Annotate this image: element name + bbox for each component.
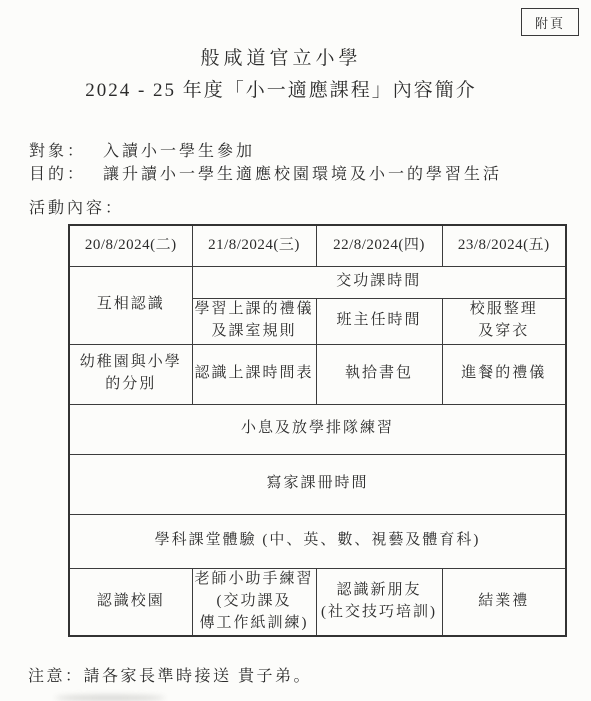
cell-meal-etiquette: 進餐的禮儀 — [442, 344, 566, 404]
cell-subject-experience: 學科課堂體驗 (中、英、數、視藝及體育科) — [69, 514, 566, 568]
table-row: 互相認識 交功課時間 — [69, 266, 566, 298]
table-row: 學科課堂體驗 (中、英、數、視藝及體育科) — [69, 514, 566, 568]
cell-mutual-intro: 互相認識 — [69, 266, 192, 344]
document-header: 般咸道官立小學 2024 - 25 年度「小一適應課程」內容簡介 — [0, 48, 562, 103]
target-value: 入讀小一學生參加 — [103, 143, 255, 160]
cell-handbook-time: 寫家課冊時間 — [69, 454, 566, 514]
scan-artifact — [55, 695, 165, 701]
cell-queue-practice: 小息及放學排隊練習 — [69, 404, 566, 454]
table-row: 寫家課冊時間 — [69, 454, 566, 514]
date-header-wed: 21/8/2024(三) — [192, 225, 316, 266]
school-name: 般咸道官立小學 — [0, 48, 562, 71]
attachment-label-box: 附頁 — [521, 8, 579, 36]
document-page: 附頁 般咸道官立小學 2024 - 25 年度「小一適應課程」內容簡介 對象： … — [0, 0, 591, 701]
note-line: 注意：請各家長準時接送 貴子弟。 — [28, 663, 312, 686]
cell-kindergarten-vs-primary: 幼稚園與小學 的分別 — [69, 344, 192, 404]
purpose-line: 目的： 讓升讀小一學生適應校園環境及小一的學習生活 — [29, 161, 502, 184]
schedule-table: 20/8/2024(二) 21/8/2024(三) 22/8/2024(四) 2… — [68, 224, 567, 637]
table-row: 幼稚園與小學 的分別 認識上課時間表 執拾書包 進餐的禮儀 — [69, 344, 566, 404]
date-header-tue: 20/8/2024(二) — [69, 225, 192, 266]
table-header-row: 20/8/2024(二) 21/8/2024(三) 22/8/2024(四) 2… — [69, 225, 566, 266]
cell-lesson-manners: 學習上課的禮儀 及課室規則 — [192, 298, 316, 344]
target-line: 對象： 入讀小一學生參加 — [29, 138, 255, 161]
cell-timetable-intro: 認識上課時間表 — [192, 344, 316, 404]
purpose-value: 讓升讀小一學生適應校園環境及小一的學習生活 — [103, 166, 502, 183]
table-row: 認識校園 老師小助手練習 (交功課及 傳工作紙訓練) 認識新朋友 (社交技巧培訓… — [69, 568, 566, 636]
attachment-label: 附頁 — [535, 13, 565, 32]
cell-teacher-helper: 老師小助手練習 (交功課及 傳工作紙訓練) — [192, 568, 316, 636]
cell-new-friends: 認識新朋友 (社交技巧培訓) — [316, 568, 442, 636]
cell-homework-time: 交功課時間 — [192, 266, 566, 298]
cell-uniform: 校服整理 及穿衣 — [442, 298, 566, 344]
target-label: 對象： — [29, 143, 86, 160]
activities-label: 活動內容： — [29, 195, 124, 218]
cell-class-teacher-time: 班主任時間 — [316, 298, 442, 344]
purpose-label: 目的： — [29, 166, 86, 183]
cell-pack-schoolbag: 執拾書包 — [316, 344, 442, 404]
cell-campus-tour: 認識校園 — [69, 568, 192, 636]
table-row: 小息及放學排隊練習 — [69, 404, 566, 454]
document-title: 2024 - 25 年度「小一適應課程」內容簡介 — [0, 79, 562, 104]
cell-closing-ceremony: 結業禮 — [442, 568, 566, 636]
date-header-thu: 22/8/2024(四) — [316, 225, 442, 266]
date-header-fri: 23/8/2024(五) — [442, 225, 566, 266]
